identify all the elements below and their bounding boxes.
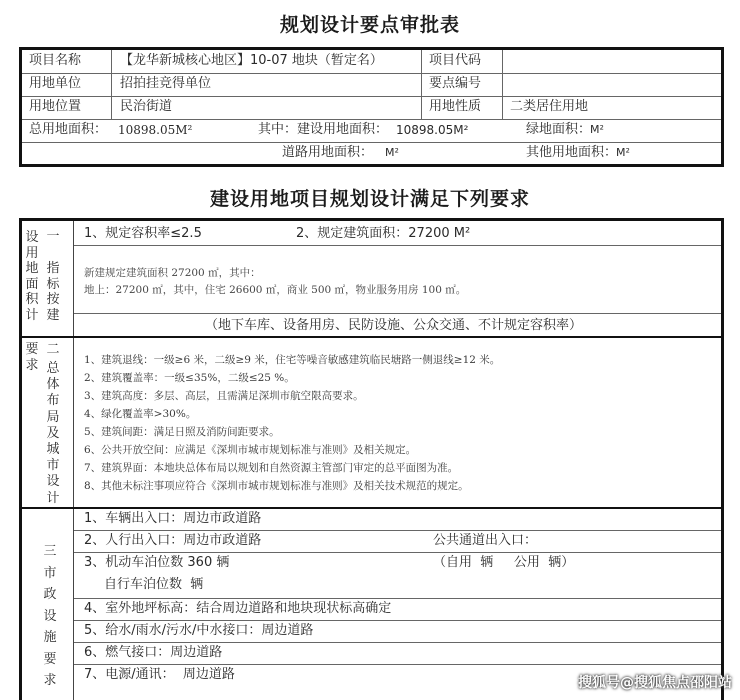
section1-item-ratio: 1、规定容积率≤2.5	[84, 223, 202, 245]
section2-inner-label: 总体布局及城市设计	[46, 361, 60, 507]
construction-area-value: 10898.05M²	[396, 119, 468, 141]
section1-number: 一	[46, 229, 60, 245]
requirement-item: 6、公共开放空间：应满足《深圳市城市规划标准与准则》及相关规定。	[84, 441, 416, 459]
document-title: 规划设计要点审批表	[0, 10, 740, 37]
section1-outer-label: 设用地面积计	[25, 230, 39, 323]
project-name-label: 项目名称	[29, 50, 81, 72]
section2-outer-label: 要求	[25, 342, 39, 373]
info-table: 项目名称 【龙华新城核心地区】10-07 地块（暂定名） 项目代码 用地单位 招…	[19, 47, 724, 167]
watermark: 搜狐号@搜狐焦点邵阳站	[578, 672, 732, 692]
requirement-item: 5、建筑间距：满足日照及消防间距要求。	[84, 423, 280, 441]
section3-label: 三市政设施要求	[43, 541, 57, 692]
requirement-item: 3、建筑高度：多层、高层，且需满足深圳市航空限高要求。	[84, 387, 364, 405]
requirement-item: 4、绿化覆盖率>30%。	[84, 405, 196, 423]
other-area-value: M²	[616, 142, 630, 164]
construction-area-label: 其中：建设用地面积：	[258, 119, 388, 141]
public-passage-entrance: 公共通道出入口：	[433, 530, 537, 552]
project-code-label: 项目代码	[429, 50, 481, 72]
green-area-value: M²	[590, 119, 604, 141]
section1-detail-line1: 新建规定建筑面积 27200 ㎡，其中：	[84, 265, 261, 281]
point-number-label: 要点编号	[429, 73, 481, 95]
requirement-item: 8、其他未标注事项应符合《深圳市城市规划标准与准则》及相关技术规范的规定。	[84, 477, 469, 495]
road-area-value: M²	[385, 142, 399, 164]
parking-breakdown: （自用 辆 公用 辆）	[433, 552, 574, 574]
pedestrian-entrance: 2、人行出入口：周边市政道路	[84, 530, 261, 552]
ground-elevation: 4、室外地坪标高：结合周边道路和地块现状标高确定	[84, 598, 391, 620]
land-location-label: 用地位置	[29, 96, 81, 118]
section1-note: （地下车库、设备用房、民防设施、公众交通、不计规定容积率）	[205, 315, 582, 337]
water-interfaces: 5、给水/雨水/污水/中水接口：周边道路	[84, 620, 313, 642]
total-area-label: 总用地面积：	[29, 119, 107, 141]
bicycle-parking: 自行车泊位数 辆	[104, 574, 203, 596]
land-unit-value: 招拍挂竞得单位	[120, 73, 211, 95]
land-location-value: 民治街道	[120, 96, 172, 118]
section-title: 建设用地项目规划设计满足下列要求	[0, 184, 740, 211]
land-nature-label: 用地性质	[429, 96, 481, 118]
section1-inner-label: 指标按建	[46, 261, 60, 323]
requirement-item: 1、建筑退线：一级≥6 米，二级≥9 米，住宅等噪音敏感建筑临民塘路一侧退线≥1…	[84, 351, 500, 369]
requirements-table: 设用地面积计 一 指标按建 1、规定容积率≤2.5 2、规定建筑面积：27200…	[19, 218, 724, 700]
requirement-item: 2、建筑覆盖率：一级≤35%，二级≤25 %。	[84, 369, 295, 387]
power-telecom: 7、电源/通讯： 周边道路	[84, 664, 235, 686]
section1-item-area: 2、规定建筑面积：27200 M²	[296, 223, 470, 245]
road-area-label: 道路用地面积：	[282, 142, 373, 164]
gas-interface: 6、燃气接口：周边道路	[84, 642, 222, 664]
vehicle-entrance: 1、车辆出入口：周边市政道路	[84, 508, 261, 530]
section2-number: 二	[46, 342, 60, 358]
other-area-label: 其他用地面积：	[526, 142, 617, 164]
land-unit-label: 用地单位	[29, 73, 81, 95]
green-area-label: 绿地面积：	[526, 119, 591, 141]
requirement-item: 7、建筑界面：本地块总体布局以规划和自然资源主管部门审定的总平面图为准。	[84, 459, 458, 477]
car-parking: 3、机动车泊位数 360 辆	[84, 552, 229, 574]
land-nature-value: 二类居住用地	[510, 96, 588, 118]
section1-detail-line2: 地上：27200 ㎡，其中，住宅 26600 ㎡，商业 500 ㎡，物业服务用房…	[84, 282, 466, 298]
total-area-value: 10898.05M²	[118, 119, 192, 141]
project-name-value: 【龙华新城核心地区】10-07 地块（暂定名）	[120, 50, 383, 72]
